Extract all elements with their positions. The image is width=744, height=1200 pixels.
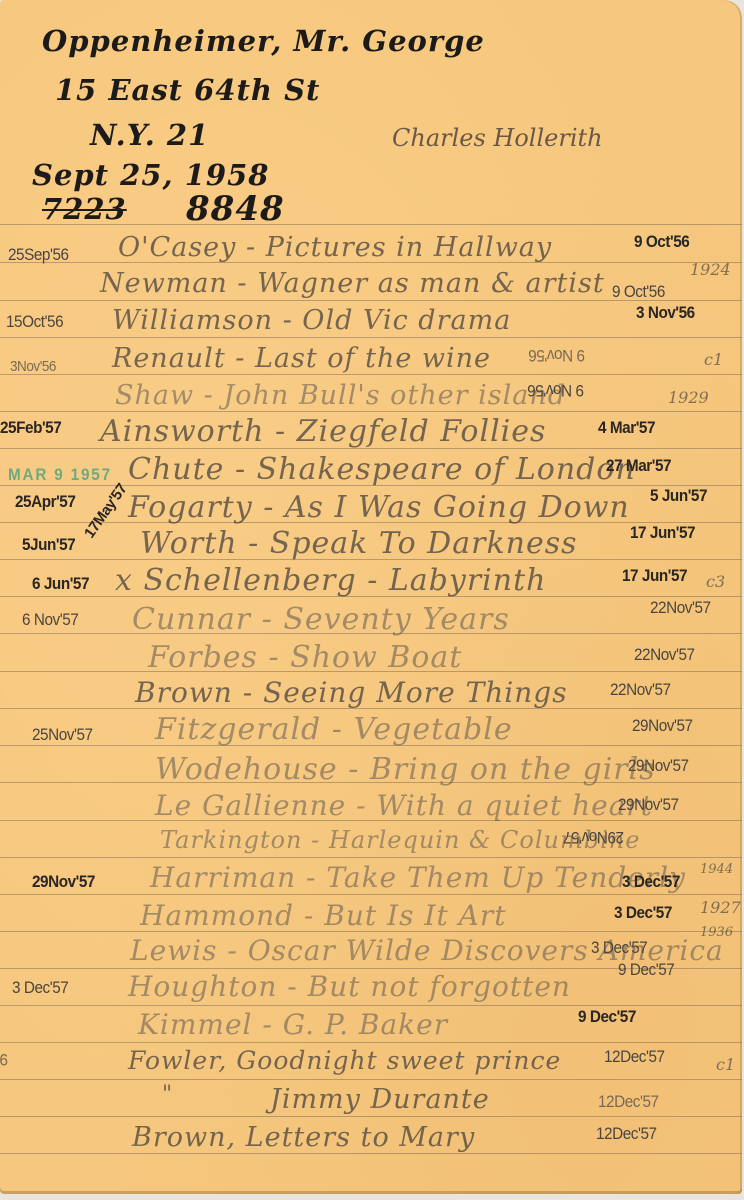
checkout-stamp: 6 Jun'57 [32, 574, 89, 594]
book-title: Fowler, Goodnight sweet prince [128, 1046, 561, 1075]
return-stamp: 22Nov'57 [610, 680, 671, 700]
return-stamp: 9 Oct'56 [634, 232, 689, 252]
return-stamp: 17 Jun'57 [630, 523, 695, 543]
book-title: Renault - Last of the wine [112, 343, 491, 374]
ruled-line [0, 1079, 742, 1080]
margin-note: 1936 [700, 925, 733, 940]
book-title: Jimmy Durante [270, 1084, 490, 1115]
margin-note: 1927 [700, 898, 741, 917]
book-title: Williamson - Old Vic drama [112, 305, 511, 336]
book-title: Fogarty - As I Was Going Down [128, 490, 630, 525]
card-number: 8848 [186, 189, 285, 229]
ruled-line [0, 374, 742, 375]
margin-note: c1 [716, 1055, 735, 1074]
margin-note: c1 [704, 350, 723, 369]
checkout-stamp: 29Nov'57 [32, 872, 95, 892]
return-stamp: 17 Jun'57 [622, 566, 687, 586]
margin-note: c3 [706, 572, 725, 591]
book-title: Hammond - But Is It Art [140, 899, 506, 932]
ruled-line [0, 1116, 742, 1117]
checkout-stamp: 25Feb'57 [0, 418, 61, 438]
return-stamp: 9 Dec'57 [578, 1007, 636, 1027]
book-title: Fitzgerald - Vegetable [155, 712, 513, 747]
book-title: x Schellenberg - Labyrinth [115, 563, 546, 598]
return-stamp: 3 Nov'56 [636, 303, 695, 323]
ruled-line [0, 411, 742, 412]
return-stamp-inverted: 9 Nov'56 [528, 380, 584, 400]
patron-address-city: N.Y. 21 [90, 118, 209, 152]
return-stamp: 12Dec'57 [604, 1047, 665, 1067]
margin-note: 1924 [690, 260, 731, 279]
checkout-stamp: 25Sep'56 [8, 245, 69, 265]
patron-name: Oppenheimer, Mr. George [42, 24, 485, 58]
checkout-stamp: 25Apr'57 [15, 492, 75, 512]
return-stamp: 3 Dec'57 [591, 938, 647, 958]
book-title: Kimmel - G. P. Baker [138, 1008, 448, 1041]
book-title: Harriman - Take Them Up Tenderly [150, 861, 686, 894]
return-stamp: 9 Oct'56 [612, 282, 665, 302]
return-stamp-inverted: 29Nov'57 [563, 827, 624, 847]
book-title: Brown, Letters to Mary [132, 1122, 475, 1153]
book-title: Cunnar - Seventy Years [132, 602, 510, 637]
ruled-line [0, 1005, 742, 1006]
book-title: Wodehouse - Bring on the girls [155, 752, 656, 787]
checkout-stamp: 25Nov'57 [32, 725, 93, 745]
checkout-stamp: 15Oct'56 [6, 312, 63, 332]
book-title: Le Gallienne - With a quiet heart [155, 789, 653, 822]
return-stamp: 29Nov'57 [632, 716, 693, 736]
renewal-stamp: 17May'57 [81, 481, 131, 542]
return-stamp: 12Dec'57 [598, 1092, 659, 1112]
margin-note: 1929 [668, 388, 709, 407]
return-stamp-inverted: 9 Nov'56 [529, 345, 585, 365]
book-title: Chute - Shakespeare of London [128, 452, 636, 487]
old-card-number: 7223 [42, 192, 127, 226]
return-stamp: 27 Mar'57 [606, 456, 671, 476]
book-title: Houghton - But not forgotten [128, 970, 571, 1003]
registration-date: Sept 25, 1958 [32, 158, 269, 192]
ruled-line [0, 1153, 742, 1154]
book-title: Shaw - John Bull's other island [115, 380, 566, 411]
signature: Charles Hollerith [392, 124, 603, 152]
book-title: O'Casey - Pictures in Hallway [118, 232, 552, 263]
green-date-stamp: MAR 9 1957 [8, 465, 112, 485]
return-stamp: 5 Jun'57 [650, 486, 707, 506]
book-title: Worth - Speak To Darkness [140, 526, 578, 561]
book-title: Forbes - Show Boat [148, 640, 462, 675]
return-stamp: 29Nov'57 [628, 756, 689, 776]
patron-address-street: 15 East 64th St [55, 73, 320, 107]
book-title: Brown - Seeing More Things [135, 676, 568, 709]
book-title: Newman - Wagner as man & artist [100, 268, 605, 299]
library-record-card: Oppenheimer, Mr. George 15 East 64th St … [0, 0, 742, 1194]
ditto-mark: " [162, 1082, 173, 1107]
ruled-line [0, 337, 742, 338]
return-stamp: 3 Dec'57 [614, 903, 672, 923]
ruled-line [0, 1042, 742, 1043]
return-stamp: 9 Dec'57 [618, 960, 674, 980]
checkout-stamp: 6 Nov'57 [22, 610, 78, 630]
book-title: Ainsworth - Ziegfeld Follies [100, 414, 546, 449]
margin-note: 1944 [700, 862, 733, 877]
checkout-stamp: 3 Dec'57 [12, 978, 68, 998]
checkout-stamp-inverted: 9 Dec'57 [0, 1049, 8, 1069]
ruled-line [0, 857, 742, 858]
return-stamp: 12Dec'57 [596, 1124, 657, 1144]
return-stamp: 22Nov'57 [650, 598, 711, 618]
return-stamp: 29Nov'57 [618, 795, 679, 815]
return-stamp: 3 Dec'57 [622, 872, 680, 892]
checkout-stamp: 5Jun'57 [22, 535, 75, 555]
ruled-line [0, 894, 742, 895]
checkout-stamp: 3Nov'56 [10, 358, 56, 375]
return-stamp: 22Nov'57 [634, 645, 695, 665]
return-stamp: 4 Mar'57 [598, 418, 655, 438]
